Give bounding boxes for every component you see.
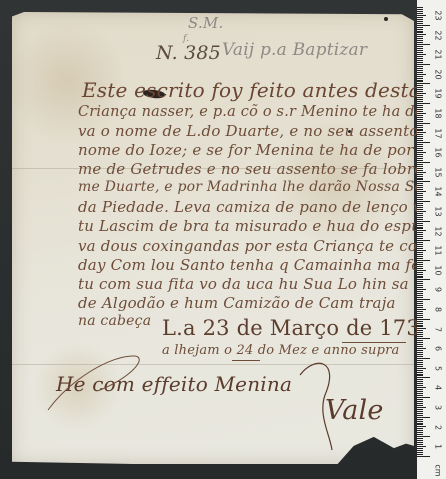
ruler-tick: [417, 264, 423, 265]
ruler-tick: [417, 46, 423, 47]
ruler-tick: [417, 432, 423, 433]
ruler-tick: [417, 103, 430, 104]
ruler-tick: [417, 395, 423, 396]
ruler-label: 18: [434, 107, 443, 121]
ruler-tick: [417, 50, 423, 51]
ruler-tick: [417, 81, 423, 82]
ruler-tick: [417, 136, 423, 137]
ruler-tick: [417, 426, 426, 427]
ruler-label: 5: [434, 361, 443, 375]
ruler-tick: [417, 381, 423, 382]
ruler-tick: [417, 54, 426, 55]
ruler-tick: [417, 52, 423, 53]
ruler-label: 22: [434, 28, 443, 42]
ruler-tick: [417, 326, 423, 327]
ruler-tick: [417, 297, 423, 298]
ruler-label: 13: [434, 205, 443, 219]
ruler-tick: [417, 254, 423, 255]
body-line: me Duarte, e por Madrinha lhe darão Noss…: [78, 179, 446, 195]
ruler-tick: [417, 117, 423, 118]
flourish-icon: [40, 350, 150, 420]
ruler-tick: [417, 170, 423, 171]
ruler-tick: [417, 83, 430, 84]
ruler-tick: [417, 270, 426, 271]
ruler-tick: [417, 211, 426, 212]
ruler-tick: [417, 370, 423, 371]
ruler-tick: [417, 383, 423, 384]
ruler-tick: [417, 38, 423, 39]
ruler-tick: [417, 313, 423, 314]
ruler-tick: [417, 91, 423, 92]
ruler-tick: [417, 293, 423, 294]
ruler-tick: [417, 440, 423, 441]
ruler-tick: [417, 311, 423, 312]
ruler-tick: [417, 360, 423, 361]
ruler-tick: [417, 158, 423, 159]
ruler-tick: [417, 340, 423, 341]
ruler-tick: [417, 352, 423, 353]
ruler-tick: [417, 409, 423, 410]
ruler-tick: [417, 162, 430, 163]
ruler-tick: [417, 454, 423, 455]
ruler-tick: [417, 113, 426, 114]
ruler-tick: [417, 403, 423, 404]
ruler-tick: [417, 305, 423, 306]
ruler-tick: [417, 187, 423, 188]
ruler-tick: [417, 336, 423, 337]
ruler-tick: [417, 168, 423, 169]
ruler-tick: [417, 227, 423, 228]
signature-flourish-icon: [290, 355, 370, 455]
ruler-tick: [417, 436, 430, 437]
ruler-tick: [417, 377, 430, 378]
ruler-tick: [417, 389, 423, 390]
ruler-tick: [417, 66, 423, 67]
body-line: tu Lascim de bra ta misurado e hua do es…: [78, 217, 446, 235]
ruler-tick: [417, 87, 423, 88]
ruler-tick: [417, 62, 423, 63]
ruler-tick: [417, 76, 423, 77]
body-line: da Piedade. Leva camiza de pano de lenço…: [78, 198, 446, 216]
ruler-tick: [417, 332, 423, 333]
ruler-label: 1: [434, 440, 443, 454]
ruler-tick: [417, 17, 423, 18]
ruler-tick: [417, 330, 423, 331]
ruler-tick: [417, 260, 430, 261]
ruler-tick: [417, 217, 423, 218]
ruler-tick: [417, 201, 430, 202]
ruler-tick: [417, 424, 423, 425]
ruler-tick: [417, 393, 423, 394]
ruler-tick: [417, 56, 423, 57]
ruler-tick: [417, 228, 423, 229]
ruler-tick: [417, 148, 423, 149]
ruler-tick: [417, 391, 423, 392]
header-initials: S.M.: [188, 14, 223, 32]
ruler-tick: [417, 138, 423, 139]
ruler-tick: [417, 374, 423, 375]
ruler-tick: [417, 140, 423, 141]
ruler-tick: [417, 428, 423, 429]
ruler-label: 21: [434, 48, 443, 62]
ruler-tick: [417, 7, 423, 8]
ruler-tick: [417, 156, 423, 157]
ruler-tick: [417, 346, 423, 347]
record-title: Vaij p.a Baptizar: [222, 40, 367, 60]
ruler-tick: [417, 34, 426, 35]
ruler-tick: [417, 246, 423, 247]
ruler-tick: [417, 323, 423, 324]
ruler-tick: [417, 111, 423, 112]
ruler-tick: [417, 70, 423, 71]
ruler-tick: [417, 419, 423, 420]
ruler-tick: [417, 438, 423, 439]
ruler-label: 7: [434, 322, 443, 336]
ruler-tick: [417, 132, 426, 133]
ruler-tick: [417, 166, 423, 167]
ruler-tick: [417, 364, 423, 365]
body-line: nome do Ioze; e se for Menina te ha de p…: [78, 141, 446, 159]
ruler-tick: [417, 356, 423, 357]
ruler-tick: [417, 319, 430, 320]
ruler-label: 9: [434, 283, 443, 297]
body-line: va o nome de L.do Duarte, e no seu assen…: [78, 122, 446, 140]
ruler-unit-label: cm: [434, 464, 443, 478]
ruler-tick: [417, 234, 423, 235]
ruler-tick: [417, 415, 423, 416]
ruler-tick: [417, 95, 423, 96]
day-underline: [232, 360, 260, 361]
ruler-label: 15: [434, 165, 443, 179]
ruler-tick: [417, 21, 423, 22]
body-line: na cabeça: [78, 313, 151, 329]
ruler-tick: [417, 401, 423, 402]
ruler-label: 11: [434, 244, 443, 258]
ruler-tick: [417, 230, 426, 231]
ruler-tick: [417, 179, 423, 180]
ruler-tick: [417, 172, 426, 173]
ruler-tick: [417, 387, 426, 388]
ruler-tick: [417, 185, 423, 186]
body-line: Criança nasser, e p.a cõ o s.r Menino te…: [78, 104, 446, 120]
ruler-tick: [417, 123, 430, 124]
ruler-tick: [417, 150, 423, 151]
ruler-label: 6: [434, 342, 443, 356]
ruler-label: 20: [434, 67, 443, 81]
ruler-tick: [417, 31, 423, 32]
ruler-tick: [417, 430, 423, 431]
ruler-tick: [417, 348, 426, 349]
ruler-tick: [417, 121, 423, 122]
ruler-tick: [417, 32, 423, 33]
ruler-tick: [417, 11, 423, 12]
ruler-tick: [417, 291, 423, 292]
ruler-tick: [417, 85, 423, 86]
body-line: day Com lou Santo tenha q Camainha ma fe…: [78, 256, 446, 274]
ruler-tick: [417, 256, 423, 257]
ruler-tick: [417, 423, 423, 424]
ruler-tick: [417, 203, 423, 204]
ruler-tick: [417, 268, 423, 269]
ruler-tick: [417, 283, 423, 284]
body-line: tu com sua fita vo da uca hu Sua Lo hin …: [78, 275, 409, 293]
ruler-tick: [417, 368, 426, 369]
ruler-tick: [417, 307, 423, 308]
ruler-tick: [417, 144, 423, 145]
ruler-tick: [417, 19, 423, 20]
ruler-tick: [417, 72, 423, 73]
ruler-tick: [417, 317, 423, 318]
ruler-tick: [417, 207, 423, 208]
ruler-label: 14: [434, 185, 443, 199]
ruler-tick: [417, 456, 430, 457]
ruler-tick: [417, 178, 423, 179]
ruler-tick: [417, 48, 423, 49]
ruler-tick: [417, 215, 423, 216]
ruler-tick: [417, 375, 423, 376]
ruler-label: 10: [434, 263, 443, 277]
ruler-tick: [417, 434, 423, 435]
ruler-tick: [417, 315, 423, 316]
ruler-tick: [417, 58, 423, 59]
ruler-tick: [417, 213, 423, 214]
ruler-label: 19: [434, 87, 443, 101]
ruler-tick: [417, 272, 423, 273]
ruler-tick: [417, 189, 423, 190]
ruler-tick: [417, 60, 423, 61]
record-number: N. 385: [156, 42, 221, 64]
ruler-tick: [417, 344, 423, 345]
ruler-tick: [417, 285, 423, 286]
ruler-tick: [417, 274, 423, 275]
ruler-tick: [417, 281, 423, 282]
ruler-tick: [417, 450, 423, 451]
ruler-tick: [417, 417, 430, 418]
ruler-tick: [417, 279, 430, 280]
ruler-tick: [417, 277, 423, 278]
ruler-tick: [417, 334, 423, 335]
ruler-tick: [417, 452, 423, 453]
ruler-tick: [417, 442, 423, 443]
ruler-tick: [417, 225, 423, 226]
ruler-tick: [417, 366, 423, 367]
ruler-tick: [417, 411, 423, 412]
ruler-tick: [417, 134, 423, 135]
ruler-tick: [417, 328, 426, 329]
ruler-tick: [417, 9, 423, 10]
ruler-tick: [417, 142, 430, 143]
ruler-tick: [417, 154, 423, 155]
ruler-tick: [417, 248, 423, 249]
ruler-tick: [417, 421, 423, 422]
ruler-tick: [417, 338, 430, 339]
ruler-tick: [417, 205, 423, 206]
ruler-tick: [417, 289, 426, 290]
ruler-tick: [417, 160, 423, 161]
ruler-tick: [417, 399, 423, 400]
ruler-tick: [417, 119, 423, 120]
body-line: Este escrito foy feito antes desta: [82, 78, 421, 102]
ruler-tick: [417, 181, 430, 182]
ruler-tick: [417, 309, 426, 310]
ruler-tick: [417, 23, 423, 24]
ruler-tick: [417, 68, 423, 69]
ruler-label: 16: [434, 146, 443, 160]
ruler-label: 4: [434, 381, 443, 395]
ruler-tick: [417, 299, 430, 300]
ruler-tick: [417, 258, 423, 259]
ruler-tick: [417, 152, 426, 153]
ruler-tick: [417, 174, 423, 175]
ruler-tick: [417, 107, 423, 108]
ruler-tick: [417, 40, 423, 41]
body-line: de Algodão e hum Camizão de Cam traja: [78, 294, 396, 312]
ruler-tick: [417, 238, 423, 239]
ruler-tick: [417, 42, 423, 43]
ruler-tick: [417, 15, 426, 16]
ruler-tick: [417, 385, 423, 386]
ruler-tick: [417, 64, 430, 65]
ruler-tick: [417, 413, 423, 414]
ruler-tick: [417, 232, 423, 233]
ruler-tick: [417, 195, 423, 196]
ruler-tick: [417, 74, 426, 75]
ruler-tick: [417, 197, 423, 198]
ruler-tick: [417, 448, 423, 449]
ink-spot: [384, 17, 388, 21]
date-line: L.a 23 de Março de 1738: [162, 316, 434, 340]
ruler-tick: [417, 303, 423, 304]
ruler-tick: [417, 36, 423, 37]
ruler-label: 2: [434, 420, 443, 434]
ruler-tick: [417, 183, 423, 184]
ruler-tick: [417, 13, 423, 14]
ruler-tick: [417, 99, 423, 100]
ruler-tick: [417, 78, 423, 79]
ruler-tick: [417, 80, 423, 81]
measurement-ruler: 2322212019181716151413121110987654321cm: [417, 0, 446, 479]
ruler-tick: [417, 130, 423, 131]
ruler-tick: [417, 101, 423, 102]
ruler-tick: [417, 127, 423, 128]
body-line: me de Getrudes e no seu assento se fa lo…: [78, 160, 446, 178]
ruler-label: 3: [434, 401, 443, 415]
ruler-tick: [417, 379, 423, 380]
ruler-tick: [417, 125, 423, 126]
ruler-tick: [417, 25, 430, 26]
ruler-tick: [417, 266, 423, 267]
ruler-tick: [417, 240, 430, 241]
ruler-tick: [417, 325, 423, 326]
ruler-tick: [417, 164, 423, 165]
ruler-tick: [417, 354, 423, 355]
ruler-tick: [417, 44, 430, 45]
ruler-tick: [417, 115, 423, 116]
ruler-tick: [417, 342, 423, 343]
ruler-tick: [417, 295, 423, 296]
ruler-tick: [417, 444, 423, 445]
ruler-tick: [417, 219, 423, 220]
ruler-tick: [417, 276, 423, 277]
ruler-tick: [417, 446, 426, 447]
ruler-tick: [417, 89, 423, 90]
ruler-tick: [417, 191, 426, 192]
ruler-tick: [417, 372, 423, 373]
ruler-tick: [417, 350, 423, 351]
ruler-tick: [417, 405, 423, 406]
ruler-tick: [417, 242, 423, 243]
ruler-label: 8: [434, 303, 443, 317]
ruler-tick: [417, 287, 423, 288]
ruler-tick: [417, 321, 423, 322]
ruler-tick: [417, 358, 430, 359]
ruler-tick: [417, 93, 426, 94]
ruler-tick: [417, 252, 423, 253]
ruler-tick: [417, 262, 423, 263]
ruler-tick: [417, 250, 426, 251]
ruler-tick: [417, 146, 423, 147]
ruler-tick: [417, 244, 423, 245]
ruler-tick: [417, 105, 423, 106]
ruler-tick: [417, 397, 430, 398]
ruler-tick: [417, 362, 423, 363]
ruler-tick: [417, 236, 423, 237]
ruler-tick: [417, 29, 423, 30]
ruler-tick: [417, 221, 430, 222]
ruler-tick: [417, 407, 426, 408]
ruler-tick: [417, 129, 423, 130]
ruler-label: 12: [434, 224, 443, 238]
ruler-tick: [417, 97, 423, 98]
ruler-tick: [417, 199, 423, 200]
body-line: va dous coxingandas por esta Criança te …: [78, 237, 446, 255]
ruler-tick: [417, 176, 423, 177]
ruler-label: 23: [434, 9, 443, 23]
ruler-label: 17: [434, 126, 443, 140]
ruler-tick: [417, 193, 423, 194]
ruler-tick: [417, 301, 423, 302]
ruler-tick: [417, 209, 423, 210]
ruler-tick: [417, 109, 423, 110]
ruler-tick: [417, 27, 423, 28]
ruler-tick: [417, 223, 423, 224]
